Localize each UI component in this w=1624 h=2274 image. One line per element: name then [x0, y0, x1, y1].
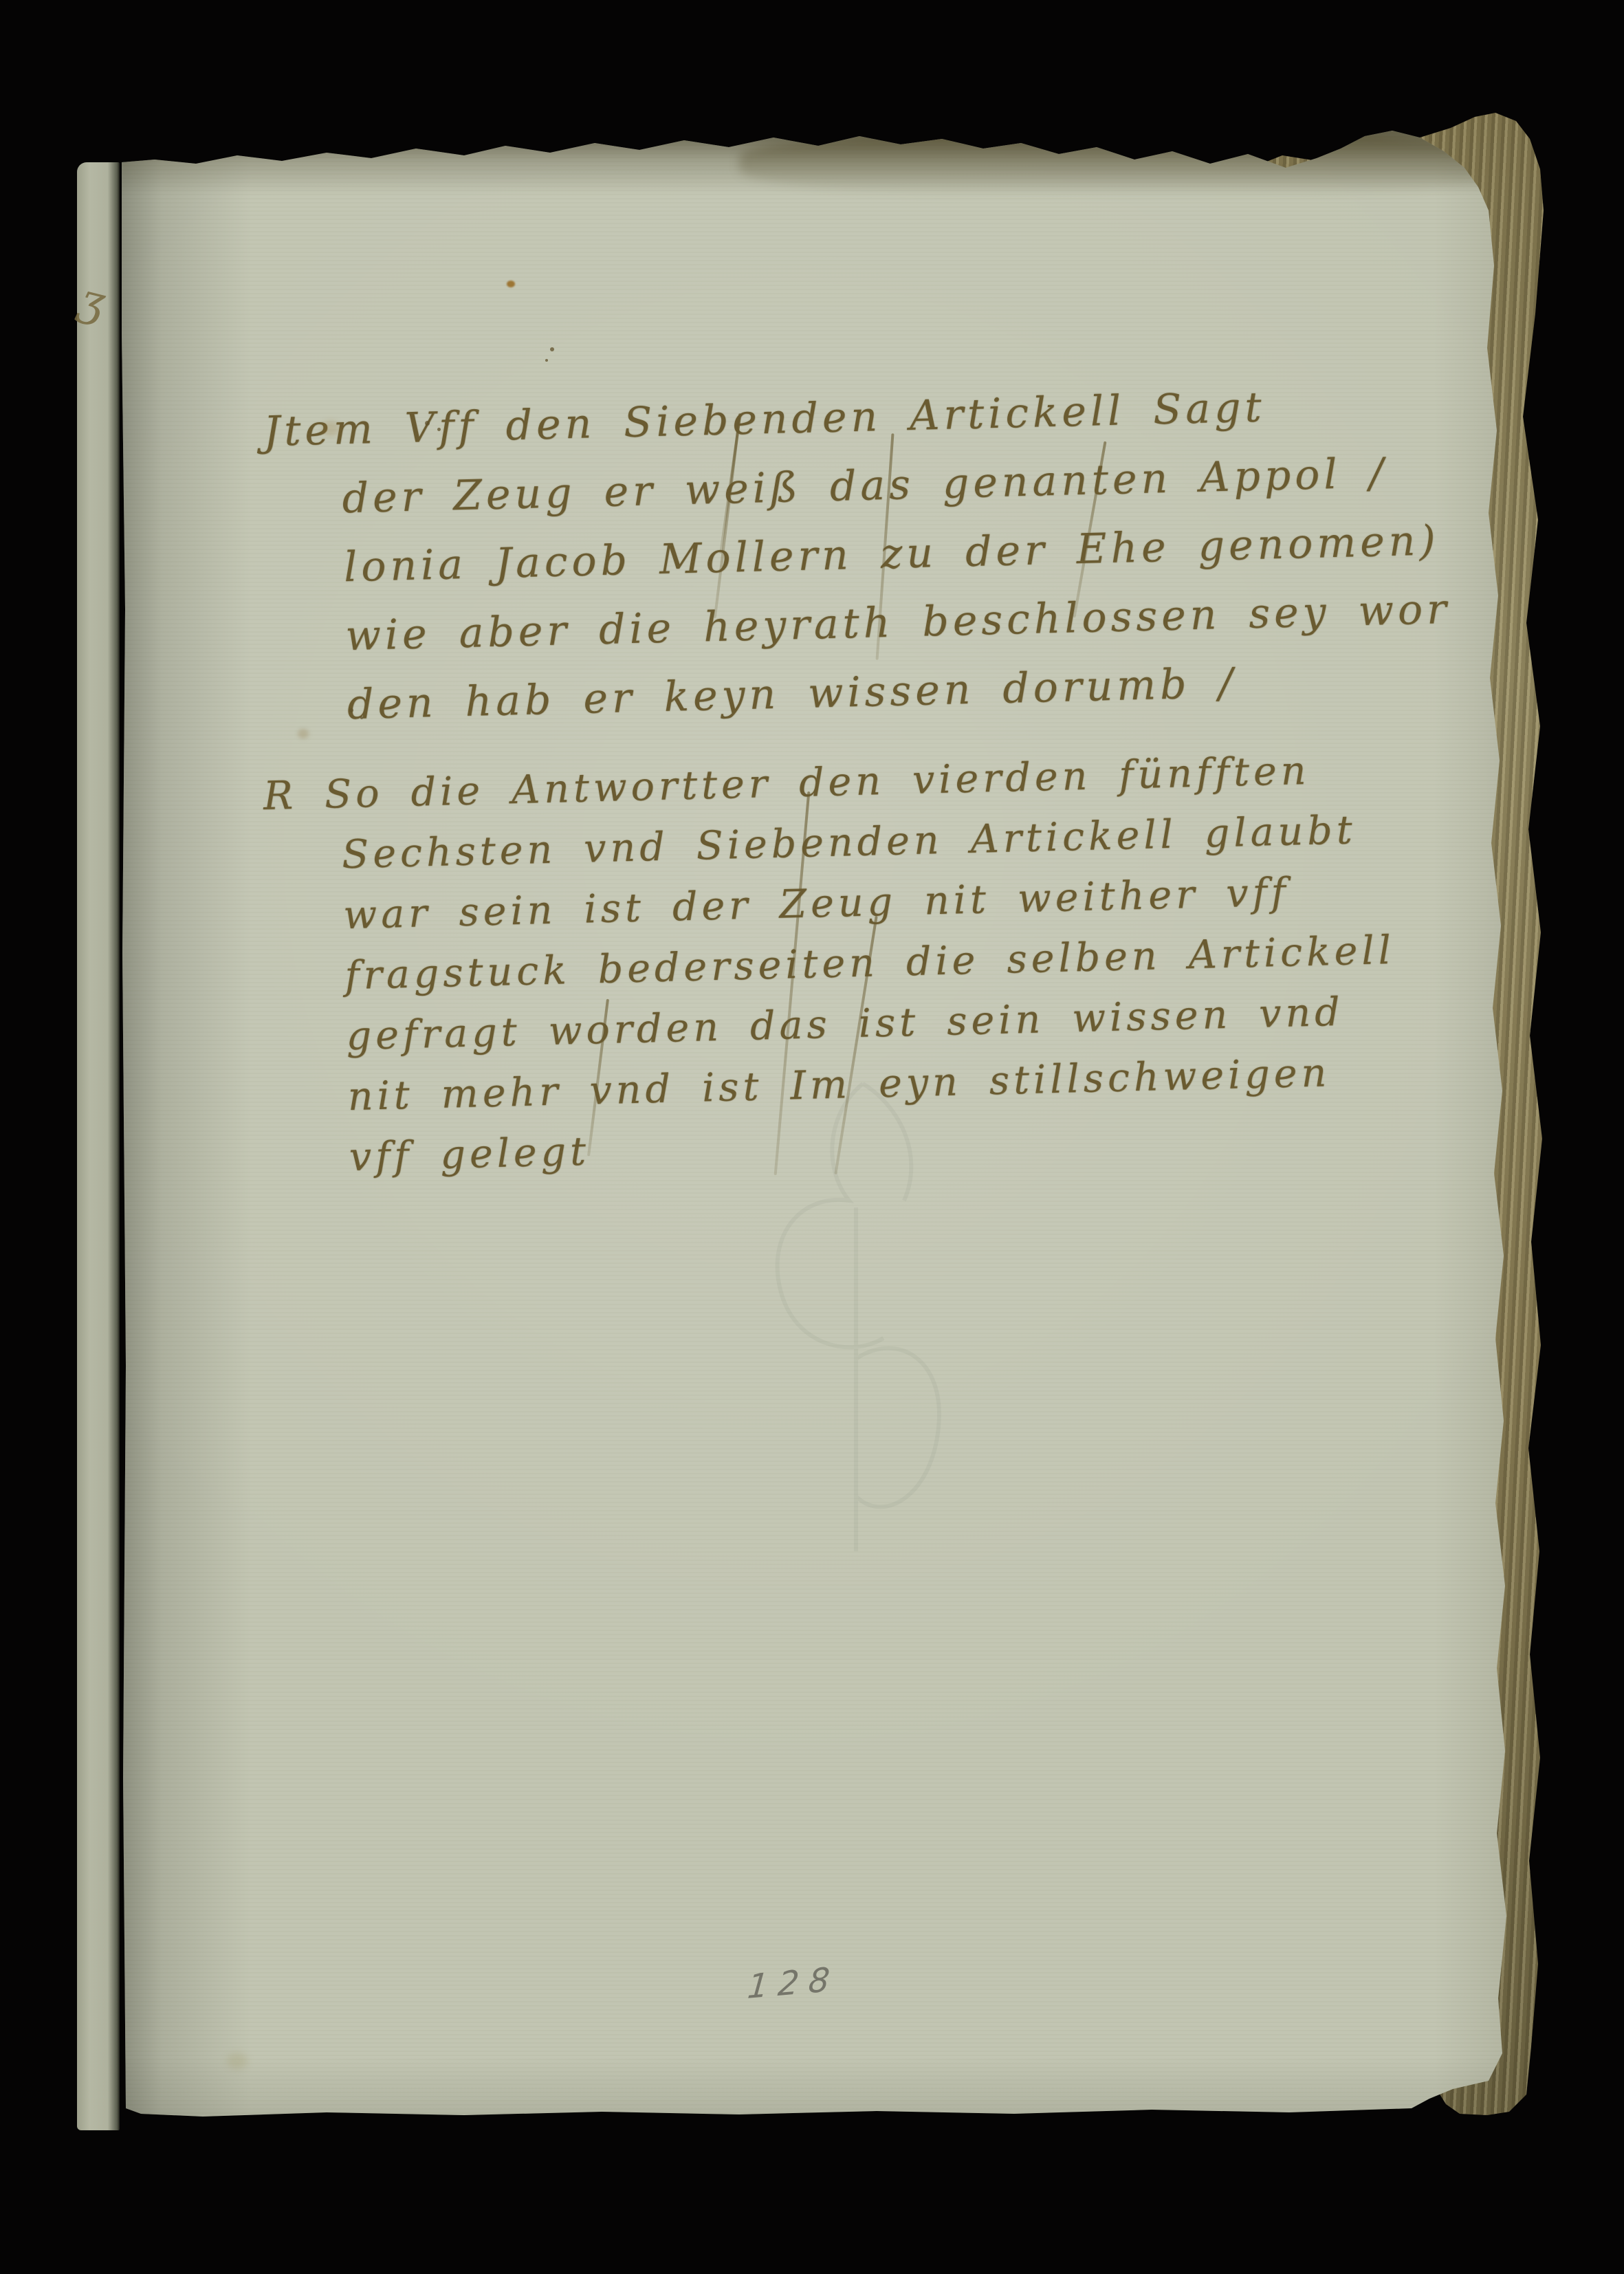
rust-stain [507, 281, 515, 287]
ink-speck [545, 359, 548, 362]
page-number: 128 [746, 1961, 841, 2005]
faint-stain [322, 421, 340, 436]
ink-speck [360, 717, 363, 719]
adjacent-page-edge: ʒ [77, 162, 120, 2130]
faint-stain [227, 2053, 248, 2069]
soiled-top-edge-right [739, 131, 1523, 196]
ink-speck [425, 421, 430, 426]
handwritten-paragraph: Jtem Vff den Siebenden Artickell Sagtder… [263, 369, 1426, 741]
faint-stain [298, 729, 309, 739]
manuscript-scan: ʒ Jtem Vff den Siebenden Artickell Sagtd… [0, 0, 1624, 2274]
marginal-ink-mark: ʒ [75, 277, 110, 326]
ink-speck [349, 708, 353, 712]
ink-speck [550, 347, 554, 351]
manuscript-page: Jtem Vff den Siebenden Artickell Sagtder… [120, 128, 1523, 2122]
ink-speck [437, 428, 441, 431]
